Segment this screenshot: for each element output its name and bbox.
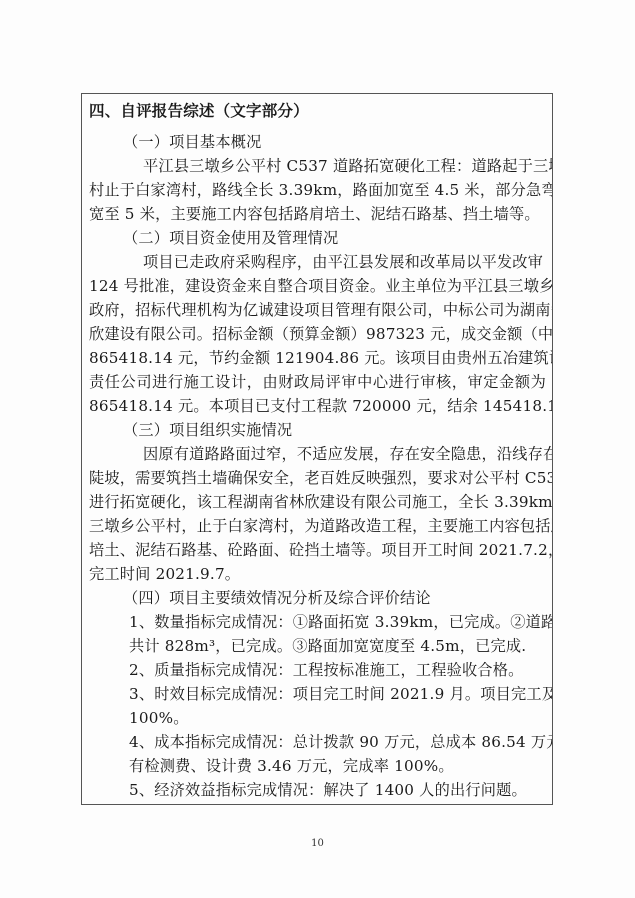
indicator-line: 6、社会效益指标完成情况：居民出行缩短 0.5h，大大方便了群众 <box>89 802 546 805</box>
indicator-line: 100%。 <box>89 706 546 730</box>
paragraph-line: 陡坡，需要筑挡土墙确保安全，老百姓反映强烈，要求对公平村 C537 道路 <box>89 466 546 490</box>
paragraph-line: 项目已走政府采购程序，由平江县发展和改革局以平发改审【2021】 <box>89 250 546 274</box>
indicator-line: 5、经济效益指标完成情况：解决了 1400 人的出行问题。 <box>89 778 546 802</box>
paragraph-line: 865418.14 元。本项目已支付工程款 720000 元，结余 145418… <box>89 394 546 418</box>
paragraph-line: 平江县三墩乡公平村 C537 道路拓宽硬化工程：道路起于三墩乡公平 <box>89 154 546 178</box>
paragraph-line: 宽至 5 米，主要施工内容包括路肩培土、泥结石路基、挡土墙等。 <box>89 202 546 226</box>
paragraph-line: 村止于白家湾村，路线全长 3.39km，路面加宽至 4.5 米，部分急弯路段加 <box>89 178 546 202</box>
paragraph-line: 责任公司进行施工设计，由财政局评审中心进行审核，审定金额为 <box>89 370 546 394</box>
subsection-heading-3: （三）项目组织实施情况 <box>89 418 546 442</box>
paragraph-line: 进行拓宽硬化，该工程湖南省林欣建设有限公司施工，全长 3.39km，起于 <box>89 490 546 514</box>
paragraph-line: 因原有道路路面过窄，不适应发展，存在安全隐患，沿线存在高山 <box>89 442 546 466</box>
paragraph-line: 865418.14 元，节约金额 121904.86 元。该项目由贵州五冶建筑设… <box>89 346 546 370</box>
subsection-heading-4: （四）项目主要绩效情况分析及综合评价结论 <box>89 586 546 610</box>
page-number: 10 <box>0 838 635 849</box>
paragraph-line: 培土、泥结石路基、砼路面、砼挡土墙等。项目开工时间 2021.7.2，项目 <box>89 538 546 562</box>
report-text-box: 四、自评报告综述（文字部分） （一）项目基本概况 平江县三墩乡公平村 C537 … <box>81 93 553 805</box>
document-page: 四、自评报告综述（文字部分） （一）项目基本概况 平江县三墩乡公平村 C537 … <box>0 0 635 898</box>
paragraph-line: 三墩乡公平村，止于白家湾村，为道路改造工程，主要施工内容包括路肩 <box>89 514 546 538</box>
paragraph-line: 政府，招标代理机构为亿诚建设项目管理有限公司，中标公司为湖南省林 <box>89 298 546 322</box>
paragraph-line: 完工时间 2021.9.7。 <box>89 562 546 586</box>
section-title: 四、自评报告综述（文字部分） <box>89 99 546 123</box>
indicator-line: 有检测费、设计费 3.46 万元，完成率 100%。 <box>89 754 546 778</box>
indicator-line: 2、质量指标完成情况：工程按标准施工，工程验收合格。 <box>89 658 546 682</box>
paragraph-line: 124 号批准，建设资金来自整合项目资金。业主单位为平江县三墩乡人民 <box>89 274 546 298</box>
subsection-heading-1: （一）项目基本概况 <box>89 130 546 154</box>
indicator-line: 1、数量指标完成情况：①路面拓宽 3.39km，已完成。②道路砌磡 <box>89 610 546 634</box>
indicator-line: 4、成本指标完成情况：总计拨款 90 万元，总成本 86.54 万元，另 <box>89 730 546 754</box>
indicator-line: 共计 828m³，已完成。③路面加宽宽度至 4.5m，已完成. <box>89 634 546 658</box>
subsection-heading-2: （二）项目资金使用及管理情况 <box>89 226 546 250</box>
indicator-line: 3、时效目标完成情况：项目完工时间 2021.9 月。项目完工及时率 <box>89 682 546 706</box>
paragraph-line: 欣建设有限公司。招标金额（预算金额）987323 元，成交金额（中标金额） <box>89 322 546 346</box>
